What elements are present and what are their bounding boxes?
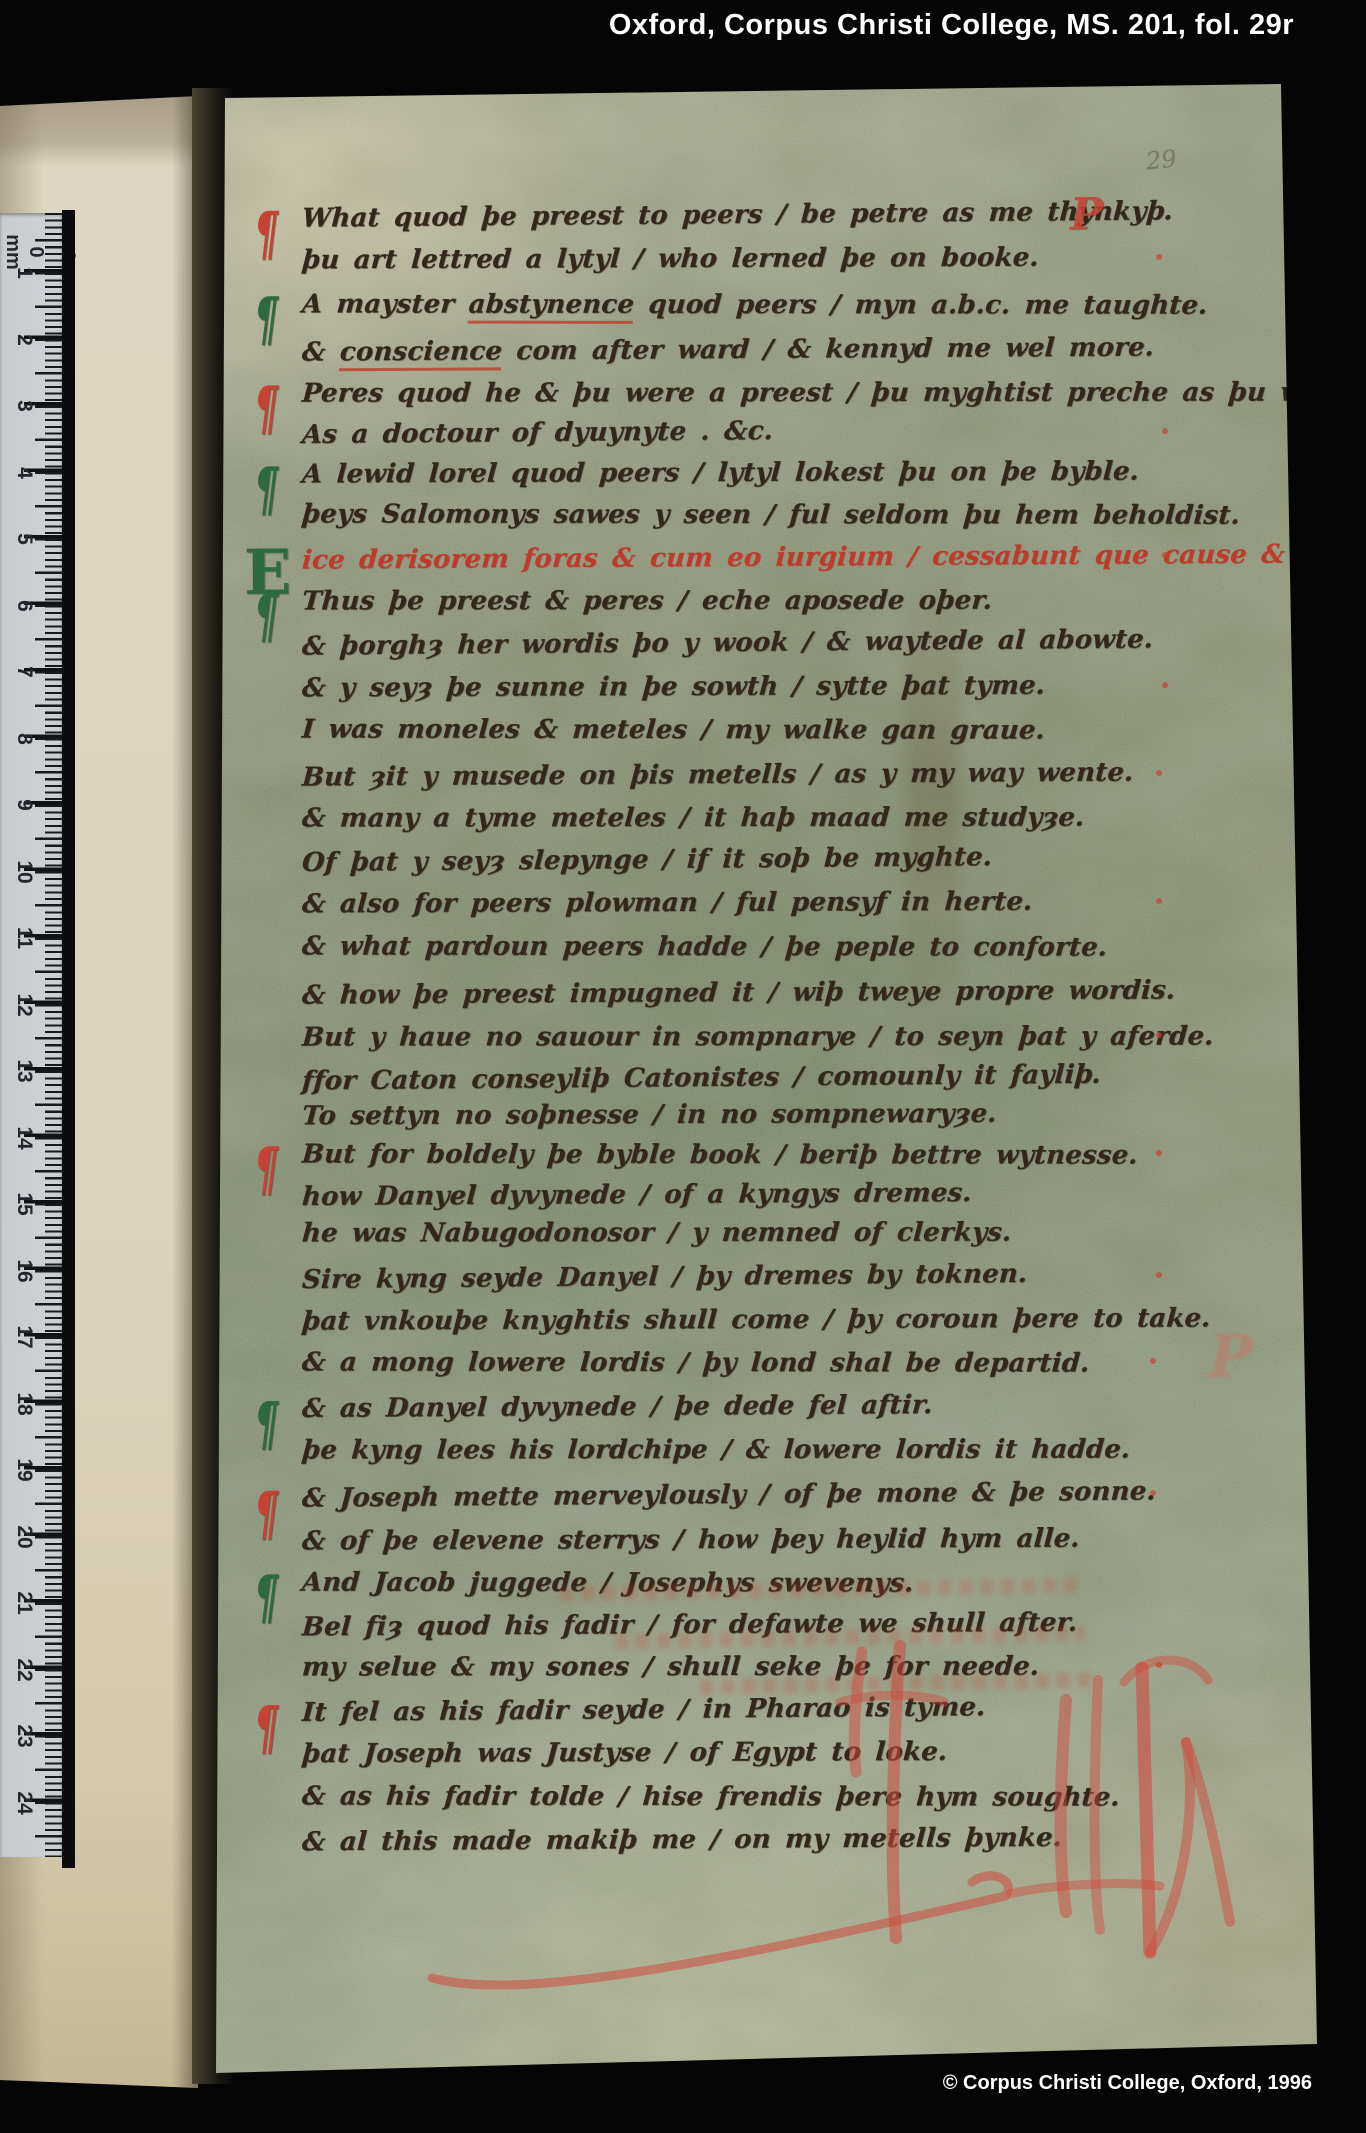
ruler-number: 14: [12, 1116, 36, 1160]
ruler-number: 6: [12, 584, 36, 628]
ruler-number: 11: [12, 916, 36, 960]
ruler-number: 19: [12, 1448, 36, 1492]
margin-red-dot: [1162, 428, 1168, 434]
margin-red-dot: [1156, 1662, 1162, 1668]
margin-red-dot: [1156, 898, 1162, 904]
ruler-number: 20: [12, 1515, 36, 1559]
ruler-number: 18: [12, 1382, 36, 1426]
ruler-number: 15: [12, 1182, 36, 1226]
ruler-number: 22: [12, 1648, 36, 1692]
ruler-number: 3: [12, 384, 36, 428]
ruler-number: 16: [12, 1249, 36, 1293]
margin-red-dot: [1150, 1358, 1156, 1364]
ruler-number: 9: [12, 783, 36, 827]
ruler-number: 2: [12, 318, 36, 362]
ruler-number: 12: [12, 983, 36, 1027]
manuscript-photo-stage: Oxford, Corpus Christi College, MS. 201,…: [0, 0, 1366, 2133]
margin-red-dot: [1150, 1490, 1156, 1496]
ruler-number: 7: [12, 650, 36, 694]
margin-red-dot: [1162, 682, 1168, 688]
ruler-number: 10: [12, 850, 36, 894]
ruler-number: 4: [12, 451, 36, 495]
ruler-number: 8: [12, 717, 36, 761]
margin-red-dot: [1156, 1032, 1162, 1038]
ruler-number: 1: [12, 251, 36, 295]
ruler-number: 17: [12, 1315, 36, 1359]
margin-red-dot: [1162, 552, 1168, 558]
ruler-edge-strip: [62, 210, 75, 1868]
page-title: Oxford, Corpus Christi College, MS. 201,…: [609, 9, 1294, 42]
margin-red-dot: [1156, 770, 1162, 776]
margin-red-dot: [1156, 254, 1162, 260]
ruler-number: 24: [12, 1781, 36, 1825]
ruler-number: 21: [12, 1581, 36, 1625]
copyright-notice: © Corpus Christi College, Oxford, 1996: [943, 2072, 1312, 2095]
mm-ruler: 0 mm 12345678910111213141516171819202122…: [0, 213, 75, 1857]
ruler-number: 13: [12, 1049, 36, 1093]
ruler-number: 23: [12, 1714, 36, 1758]
margin-red-dot: [1156, 1272, 1162, 1278]
margin-red-dot: [1156, 1150, 1162, 1156]
ruler-number: 5: [12, 517, 36, 561]
